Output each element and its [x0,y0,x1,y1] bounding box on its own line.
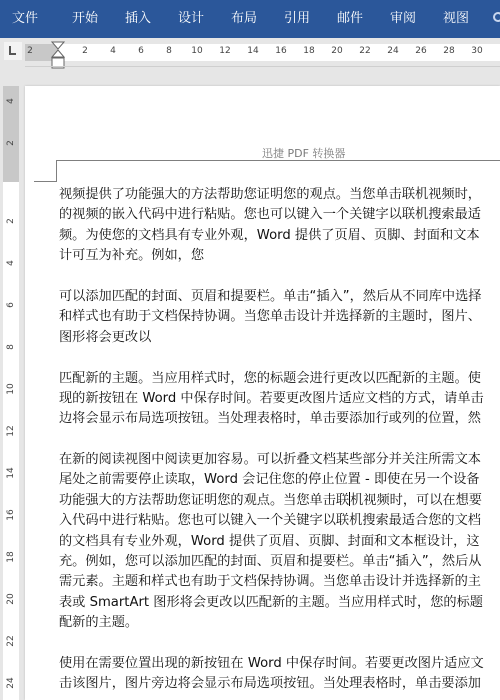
text-line: 的视频的嵌入代码中进行粘贴。您也可以键入一个关键字以联机搜索最适 [59,205,500,225]
tab-insert[interactable]: 插入 [125,0,151,38]
ruler-tick: 8 [166,46,172,56]
indent-marker-handle[interactable] [51,41,65,69]
text-line: 可以添加匹配的封面、页眉和提要栏。单击“插入”，然后从不同库中选择 [59,287,500,307]
vruler-label: 20 [6,593,16,605]
tab-design[interactable]: 设计 [178,0,204,38]
paragraph: 可以添加匹配的封面、页眉和提要栏。单击“插入”，然后从不同库中选择 和样式也有助… [59,287,500,348]
ruler-tick: 4 [110,46,116,56]
ruler-tick: 22 [359,46,370,56]
vruler-label: 24 [6,677,16,689]
tab-view[interactable]: 视图 [443,0,469,38]
text-line: 和样式也有助于文档保持协调。当您单击设计并选择新的主题时，图片、 [59,307,500,327]
text-line: 边将会显示布局选项按钮。当处理表格时，单击要添加行或列的位置，然 [59,409,500,429]
paragraph: 在新的阅读视图中阅读更加容易。可以折叠文档某些部分并关注所需文本 尾处之前需要停… [59,450,500,634]
text-line: 使用在需要位置出现的新按钮在 Word 中保存时间。若要更改图片适应文 [59,654,500,674]
text-line: 表或 SmartArt 图形将会更改以匹配新的主题。当应用样式时，您的标题 [59,593,500,613]
vruler-label: 18 [6,551,16,563]
tab-layout[interactable]: 布局 [231,0,257,38]
text-line: 击该图片，图片旁边将会显示布局选项按钮。当处理表格时，单击要添加 [59,674,500,694]
ruler-tick: 14 [247,46,258,56]
text-after-caret: 机视频时，可以在想要 [350,493,482,508]
text-line: 频。为使您的文档具有专业外观，Word 提供了页眉、页脚、封面和文本 [59,226,500,246]
text-line: 匹配新的主题。当应用样式时，您的标题会进行更改以匹配新的主题。使 [59,369,500,389]
vruler-label: 14 [6,467,16,479]
page-header-text: 迅捷 PDF 转换器 [262,145,345,161]
vruler-label: 2 [6,137,16,149]
tab-mailings[interactable]: 邮件 [337,0,363,38]
tab-review[interactable]: 审阅 [390,0,416,38]
ruler-tick: 26 [415,46,426,56]
ruler-tick: 18 [303,46,314,56]
ruler-tick: 30 [471,46,482,56]
document-body[interactable]: 视频提供了功能强大的方法帮助您证明您的观点。当您单击联机视频时， 的视频的嵌入代… [59,185,500,695]
ruler-margin-label: 2 [27,46,33,56]
text-line: 在新的阅读视图中阅读更加容易。可以折叠文档某些部分并关注所需文本 [59,450,500,470]
text-line: 配新的主题。 [59,613,500,633]
vertical-ruler[interactable]: 4 2 2 4 6 8 10 12 14 16 18 20 22 24 [3,86,19,700]
tab-home[interactable]: 开始 [72,0,98,38]
ruler-tick: 28 [443,46,454,56]
paragraph: 使用在需要位置出现的新按钮在 Word 中保存时间。若要更改图片适应文 击该图片… [59,654,500,695]
vruler-label: 6 [6,299,16,311]
margin-crop-mark [34,181,56,182]
header-divider [56,160,500,161]
tell-me-search-icon[interactable] [493,12,500,22]
tab-references[interactable]: 引用 [284,0,310,38]
margin-crop-mark [56,160,57,182]
text-line: 计可互为补充。例如，您 [59,246,500,266]
text-line: 需元素。主题和样式也有助于文档保持协调。当您单击设计并选择新的主 [59,572,500,592]
text-line: 充。例如，您可以添加匹配的封面、页眉和提要栏。单击“插入”，然后从 [59,552,500,572]
text-line: 视频提供了功能强大的方法帮助您证明您的观点。当您单击联机视频时， [59,185,500,205]
text-line: 尾处之前需要停止读取，Word 会记住您的停止位置 - 即使在另一个设备 [59,470,500,490]
text-before-caret: 功能强大的方法帮助您证明您的观点。当您单击联 [59,493,349,508]
tab-file[interactable]: 文件 [12,0,38,38]
left-tab-icon [9,46,16,55]
vruler-label: 16 [6,509,16,521]
horizontal-ruler[interactable]: 2 2 4 6 8 10 12 14 16 18 20 22 24 26 28 … [25,44,500,61]
vruler-label: 4 [6,95,16,107]
vruler-label: 4 [6,257,16,269]
paragraph: 视频提供了功能强大的方法帮助您证明您的观点。当您单击联机视频时， 的视频的嵌入代… [59,185,500,267]
paragraph: 匹配新的主题。当应用样式时，您的标题会进行更改以匹配新的主题。使 现的新按钮在 … [59,369,500,430]
ruler-tick: 16 [275,46,286,56]
ruler-tick: 20 [331,46,342,56]
text-line-with-caret: 功能强大的方法帮助您证明您的观点。当您单击联机视频时，可以在想要 [59,491,500,511]
vruler-label: 22 [6,635,16,647]
text-line: 图形将会更改以 [59,328,500,348]
ruler-divider [25,66,500,67]
ruler-tick: 12 [219,46,230,56]
tab-stop-selector[interactable] [4,42,22,60]
text-line: 现的新按钮在 Word 中保存时间。若要更改图片适应文档的方式，请单击 [59,389,500,409]
ruler-tick: 6 [138,46,144,56]
ribbon-tab-bar: 文件 开始 插入 设计 布局 引用 邮件 审阅 视图 [0,0,500,38]
ruler-tick: 10 [191,46,202,56]
vruler-label: 10 [6,383,16,395]
text-line: 入代码中进行粘贴。您也可以键入一个关键字以联机搜索最适合您的文档 [59,511,500,531]
ruler-tick: 24 [387,46,398,56]
text-line: 的文档具有专业外观，Word 提供了页眉、页脚、封面和文本框设计，这 [59,532,500,552]
vruler-label: 2 [6,215,16,227]
vruler-label: 8 [6,341,16,353]
vruler-label: 12 [6,425,16,437]
ruler-tick: 2 [82,46,88,56]
